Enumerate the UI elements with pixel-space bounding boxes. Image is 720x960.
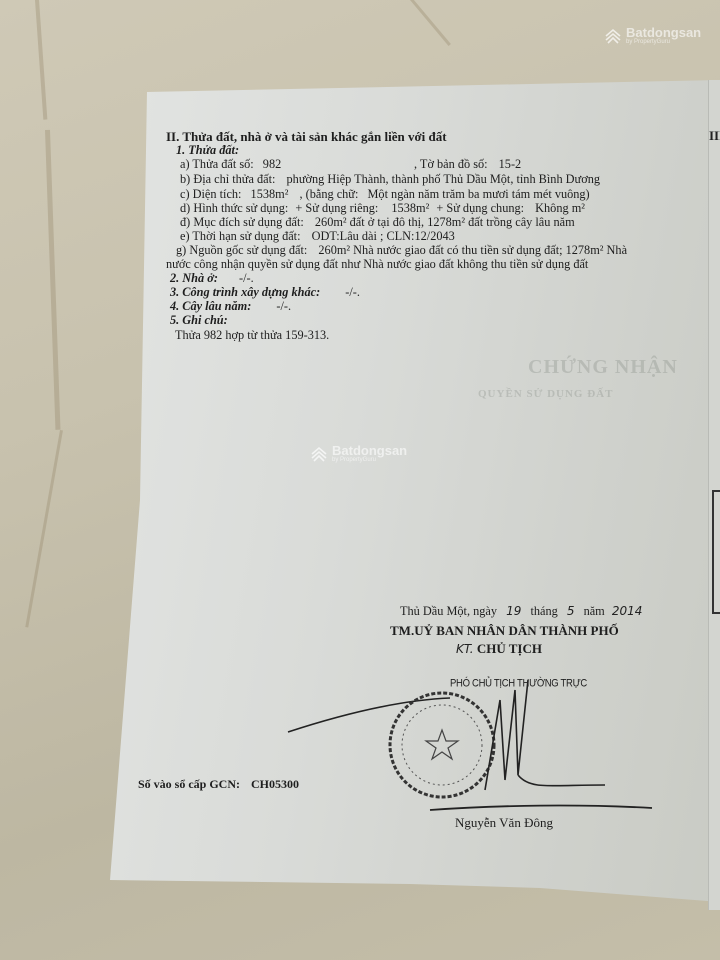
area-row: c) Diện tích: 1538m² , (bằng chữ: Một ng… <box>180 187 590 202</box>
usage-origin-row: g) Nguồn gốc sử dụng đất: 260m² Nhà nước… <box>176 243 627 258</box>
map-sheet-label: , Tờ bản đồ số: <box>414 157 488 171</box>
parcel-number-row: a) Thửa đất số: 982 <box>180 157 281 172</box>
area-label: c) Diện tích: <box>180 187 241 201</box>
house-heading: 2. Nhà ở: <box>170 271 218 285</box>
house-row: 2. Nhà ở: -/-. <box>170 271 254 286</box>
usage-purpose-value: 260m² đất ở tại đô thị, 1278m² đất trồng… <box>315 215 575 229</box>
place-date-prefix: Thủ Dầu Một, ngày <box>400 604 497 618</box>
usage-term-row: e) Thời hạn sử dụng đất: ODT:Lâu dài ; C… <box>180 229 455 244</box>
house-logo-icon <box>310 446 328 462</box>
date-year: 2014 <box>612 604 643 618</box>
house-value: -/-. <box>239 271 254 285</box>
private-use-value: 1538m² <box>391 201 429 215</box>
map-sheet-row: , Tờ bản đồ số: 15-2 <box>414 157 521 172</box>
marble-vein <box>25 430 63 627</box>
usage-form-label: d) Hình thức sử dụng: <box>180 201 288 215</box>
date-day: 19 <box>506 604 521 618</box>
parcel-address-value: phường Hiệp Thành, thành phố Thủ Dầu Một… <box>287 172 600 186</box>
other-construction-row: 3. Công trình xây dựng khác: -/-. <box>170 285 360 300</box>
watermark-top: Batdongsan by PropertyGuru <box>604 26 701 45</box>
map-sheet-value: 15-2 <box>499 157 522 171</box>
usage-origin-label: g) Nguồn gốc sử dụng đất: <box>176 243 307 257</box>
parcel-heading: 1. Thửa đất: <box>176 143 239 158</box>
shared-use-label: + Sử dụng chung: <box>436 201 524 215</box>
usage-term-value: ODT:Lâu dài ; CLN:12/2043 <box>312 229 455 243</box>
official-stamp-and-signature <box>280 680 660 830</box>
usage-form-row: d) Hình thức sử dụng: + Sử dụng riêng: 1… <box>180 201 585 216</box>
perennial-trees-heading: 4. Cây lâu năm: <box>170 299 251 313</box>
bleed-through-title: CHỨNG NHẬN <box>528 356 678 379</box>
parcel-number-value: 982 <box>263 157 281 171</box>
usage-purpose-row: đ) Mục đích sử dụng đất: 260m² đất ở tại… <box>180 215 575 230</box>
registry-label: Số vào sổ cấp GCN: <box>138 777 240 791</box>
other-construction-value: -/-. <box>345 285 360 299</box>
shared-use-value: Không m² <box>535 201 585 215</box>
area-words-value: Một ngàn năm trăm ba mươi tám mét vuông) <box>367 187 589 201</box>
place-date-row: Thủ Dầu Một, ngày 19 tháng 5 năm 2014 <box>400 604 642 619</box>
parcel-number-label: a) Thửa đất số: <box>180 157 254 171</box>
other-construction-heading: 3. Công trình xây dựng khác: <box>170 285 320 299</box>
notes-value: Thửa 982 hợp từ thửa 159-313. <box>175 328 329 343</box>
signer-name: Nguyễn Văn Đông <box>455 815 553 831</box>
usage-purpose-label: đ) Mục đích sử dụng đất: <box>180 215 304 229</box>
watermark-brand: Batdongsan <box>332 444 407 457</box>
registry-value: CH05300 <box>251 777 299 791</box>
usage-term-label: e) Thời hạn sử dụng đất: <box>180 229 301 243</box>
bleed-through-subtitle: QUYỀN SỬ DỤNG ĐẤT <box>478 388 613 400</box>
issuing-authority: TM.UỶ BAN NHÂN DÂN THÀNH PHỐ <box>390 623 619 639</box>
usage-origin-value-line2: nước công nhận quyền sử dụng đất như Nhà… <box>166 257 588 272</box>
perennial-trees-row: 4. Cây lâu năm: -/-. <box>170 299 291 314</box>
watermark-tagline: by PropertyGuru <box>332 457 407 463</box>
house-logo-icon <box>604 28 622 44</box>
area-value: 1538m² <box>251 187 289 201</box>
marble-vein <box>35 0 47 120</box>
month-label: tháng <box>530 604 557 618</box>
parcel-address-label: b) Địa chỉ thửa đất: <box>180 172 275 186</box>
private-use-label: + Sử dụng riêng: <box>295 201 378 215</box>
next-page-fragment: III <box>709 128 720 144</box>
chairman-title: CHỦ TỊCH <box>477 641 542 656</box>
chairman-row: KT. CHỦ TỊCH <box>456 641 542 657</box>
date-month: 5 <box>567 604 575 618</box>
bleed-through-box <box>712 490 720 614</box>
watermark-tagline: by PropertyGuru <box>626 39 701 45</box>
year-label: năm <box>584 604 605 618</box>
on-behalf-mark: KT. <box>456 642 474 656</box>
area-words-label: , (bằng chữ: <box>299 187 358 201</box>
marble-vein <box>410 0 451 46</box>
registry-row: Số vào sổ cấp GCN: CH05300 <box>138 777 299 792</box>
marble-vein <box>45 130 60 430</box>
parcel-address-row: b) Địa chỉ thửa đất: phường Hiệp Thành, … <box>180 172 600 187</box>
watermark-brand: Batdongsan <box>626 26 701 39</box>
perennial-trees-value: -/-. <box>276 299 291 313</box>
watermark-center: Batdongsan by PropertyGuru <box>310 444 407 463</box>
usage-origin-value-line1: 260m² Nhà nước giao đất có thu tiền sử d… <box>318 243 627 257</box>
notes-heading: 5. Ghi chú: <box>170 313 228 328</box>
